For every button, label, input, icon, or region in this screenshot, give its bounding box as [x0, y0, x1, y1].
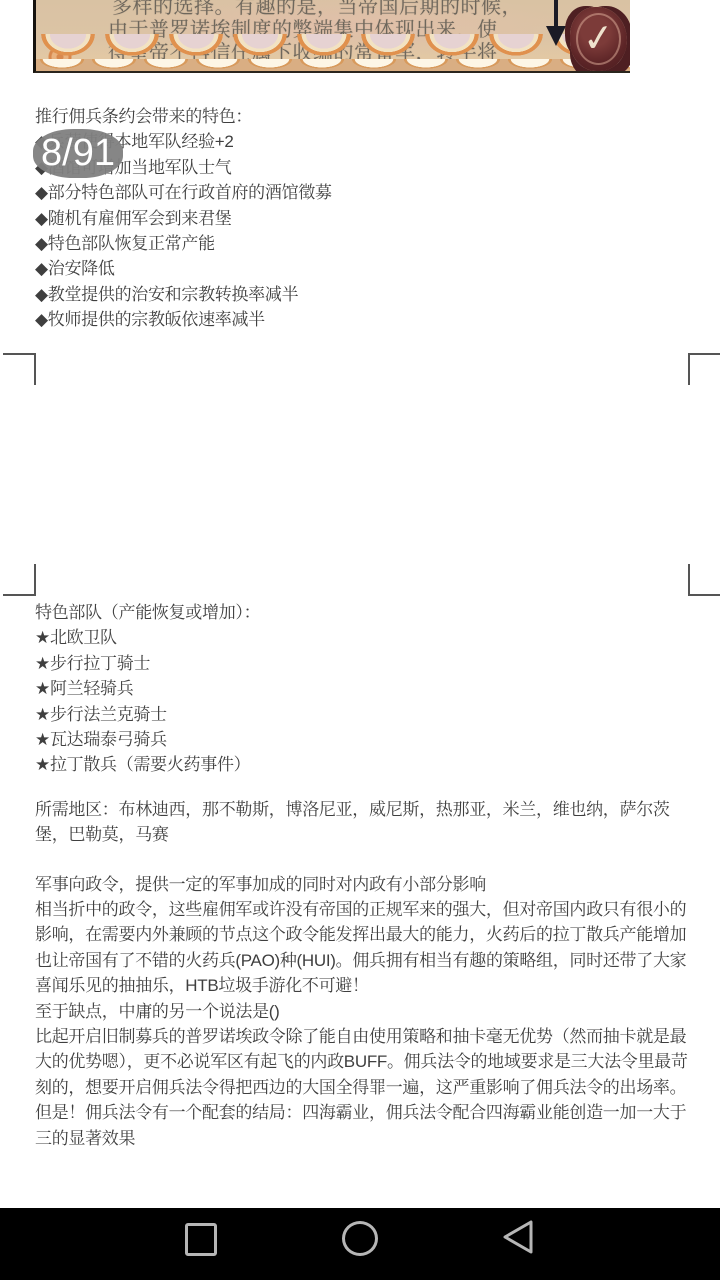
- scallop-border-decoration: [36, 34, 630, 61]
- wax-seal-icon: ✓: [570, 7, 627, 71]
- android-navigation-bar: [0, 1208, 720, 1280]
- features-list: ◆兵营使得本地军队经验+2◆酒馆可增加当地军队士气◆部分特色部队可在行政首府的酒…: [35, 129, 695, 332]
- text-line: 也让帝国有了不错的火药兵(PAO)种(HUI)。佣兵拥有相当有趣的策略组，同时还…: [35, 948, 695, 973]
- back-triangle-icon[interactable]: [500, 1219, 536, 1255]
- text-line: 相当折中的政令，这些雇佣军或许没有帝国的正规军来的强大，但对帝国内政只有很小的: [35, 897, 695, 922]
- scallop-border-decoration-small: [36, 59, 630, 71]
- analysis-section: 相当折中的政令，这些雇佣军或许没有帝国的正规军来的强大，但对帝国内政只有很小的影…: [35, 897, 695, 1151]
- regions-text: 所需地区：布林迪西，那不勒斯，博洛尼亚，威尼斯，热那亚，米兰，维也纳，萨尔茨堡，…: [35, 797, 695, 848]
- text-line: ◆兵营使得本地军队经验+2: [35, 129, 695, 154]
- text-line: ◆部分特色部队可在行政首府的酒馆徵募: [35, 180, 695, 205]
- text-line: ★阿兰轻骑兵: [35, 676, 695, 701]
- text-line: 三的显著效果: [35, 1126, 695, 1151]
- text-line: ◆治安降低: [35, 256, 695, 281]
- banner-text-line: 多样的选择。有趣的是，当帝国后期的时候，: [112, 0, 522, 18]
- features-section: 推行佣兵条约会带来的特色： ◆兵营使得本地军队经验+2◆酒馆可增加当地军队士气◆…: [35, 104, 695, 333]
- checkmark-icon: ✓: [568, 10, 630, 66]
- crop-mark-top-left[interactable]: [3, 353, 36, 385]
- text-line: 至于缺点，中庸的另一个说法是(): [35, 999, 695, 1024]
- page-counter-badge: 8/91: [33, 129, 123, 178]
- crop-mark-bottom-right[interactable]: [688, 564, 720, 596]
- units-section: 特色部队（产能恢复或增加）： ★北欧卫队★步行拉丁骑士★阿兰轻骑兵★步行法兰克骑…: [35, 600, 695, 778]
- text-line: ◆酒馆可增加当地军队士气: [35, 155, 695, 180]
- features-title: 推行佣兵条约会带来的特色：: [35, 104, 695, 129]
- text-line: 影响，在需要内外兼顾的节点这个政令能发挥出最大的能力，火药后的拉丁散兵产能增加: [35, 922, 695, 947]
- recents-square-icon[interactable]: [185, 1223, 217, 1256]
- text-line: ★拉丁散兵（需要火药事件）: [35, 752, 695, 777]
- regions-section: 所需地区：布林迪西，那不勒斯，博洛尼亚，威尼斯，热那亚，米兰，维也纳，萨尔茨堡，…: [35, 797, 695, 848]
- policy-line: 军事向政令，提供一定的军事加成的同时对内政有小部分影响: [35, 872, 695, 897]
- text-line: ◆牧师提供的宗教皈依速率减半: [35, 307, 695, 332]
- text-line: 但是！佣兵法令有一个配套的结局：四海霸业，佣兵法令配合四海霸业能创造一加一大于: [35, 1100, 695, 1125]
- crop-mark-top-right[interactable]: [688, 353, 720, 385]
- text-line: ◆教堂提供的治安和宗教转换率减半: [35, 282, 695, 307]
- down-arrow-annotation-icon: [546, 0, 566, 48]
- text-line: 所需地区：布林迪西，那不勒斯，博洛尼亚，威尼斯，热那亚，米兰，维也纳，萨尔茨: [35, 797, 695, 822]
- crop-mark-bottom-left[interactable]: [3, 564, 36, 596]
- text-line: ◆特色部队恢复正常产能: [35, 231, 695, 256]
- text-line: ★步行法兰克骑士: [35, 702, 695, 727]
- text-line: ★步行拉丁骑士: [35, 651, 695, 676]
- text-line: 大的优势嗯），更不必说军区有起飞的内政BUFF。佣兵法令的地域要求是三大法令里最…: [35, 1049, 695, 1074]
- units-title: 特色部队（产能恢复或增加）：: [35, 600, 695, 625]
- text-line: ★瓦达瑞泰弓骑兵: [35, 727, 695, 752]
- home-circle-icon[interactable]: [342, 1221, 378, 1256]
- text-line: 堡，巴勒莫，马赛: [35, 822, 695, 847]
- policy-summary: 军事向政令，提供一定的军事加成的同时对内政有小部分影响: [35, 872, 695, 897]
- text-line: ◆随机有雇佣军会到来君堡: [35, 206, 695, 231]
- text-line: 喜闻乐见的抽抽乐，HTB垃圾手游化不可避！: [35, 973, 695, 998]
- text-line: ★北欧卫队: [35, 625, 695, 650]
- text-line: 刻的，想要开启佣兵法令得把西边的大国全得罪一遍，这严重影响了佣兵法令的出场率。: [35, 1075, 695, 1100]
- banner-image: 多样的选择。有趣的是，当帝国后期的时候， 由于普罗诺埃制度的弊端集中体现出来，使…: [33, 0, 630, 73]
- analysis-text: 相当折中的政令，这些雇佣军或许没有帝国的正规军来的强大，但对帝国内政只有很小的影…: [35, 897, 695, 1151]
- text-line: 比起开启旧制募兵的普罗诺埃政令除了能自由使用策略和抽卡毫无优势（然而抽卡就是最: [35, 1024, 695, 1049]
- units-list: ★北欧卫队★步行拉丁骑士★阿兰轻骑兵★步行法兰克骑士★瓦达瑞泰弓骑兵★拉丁散兵（…: [35, 625, 695, 777]
